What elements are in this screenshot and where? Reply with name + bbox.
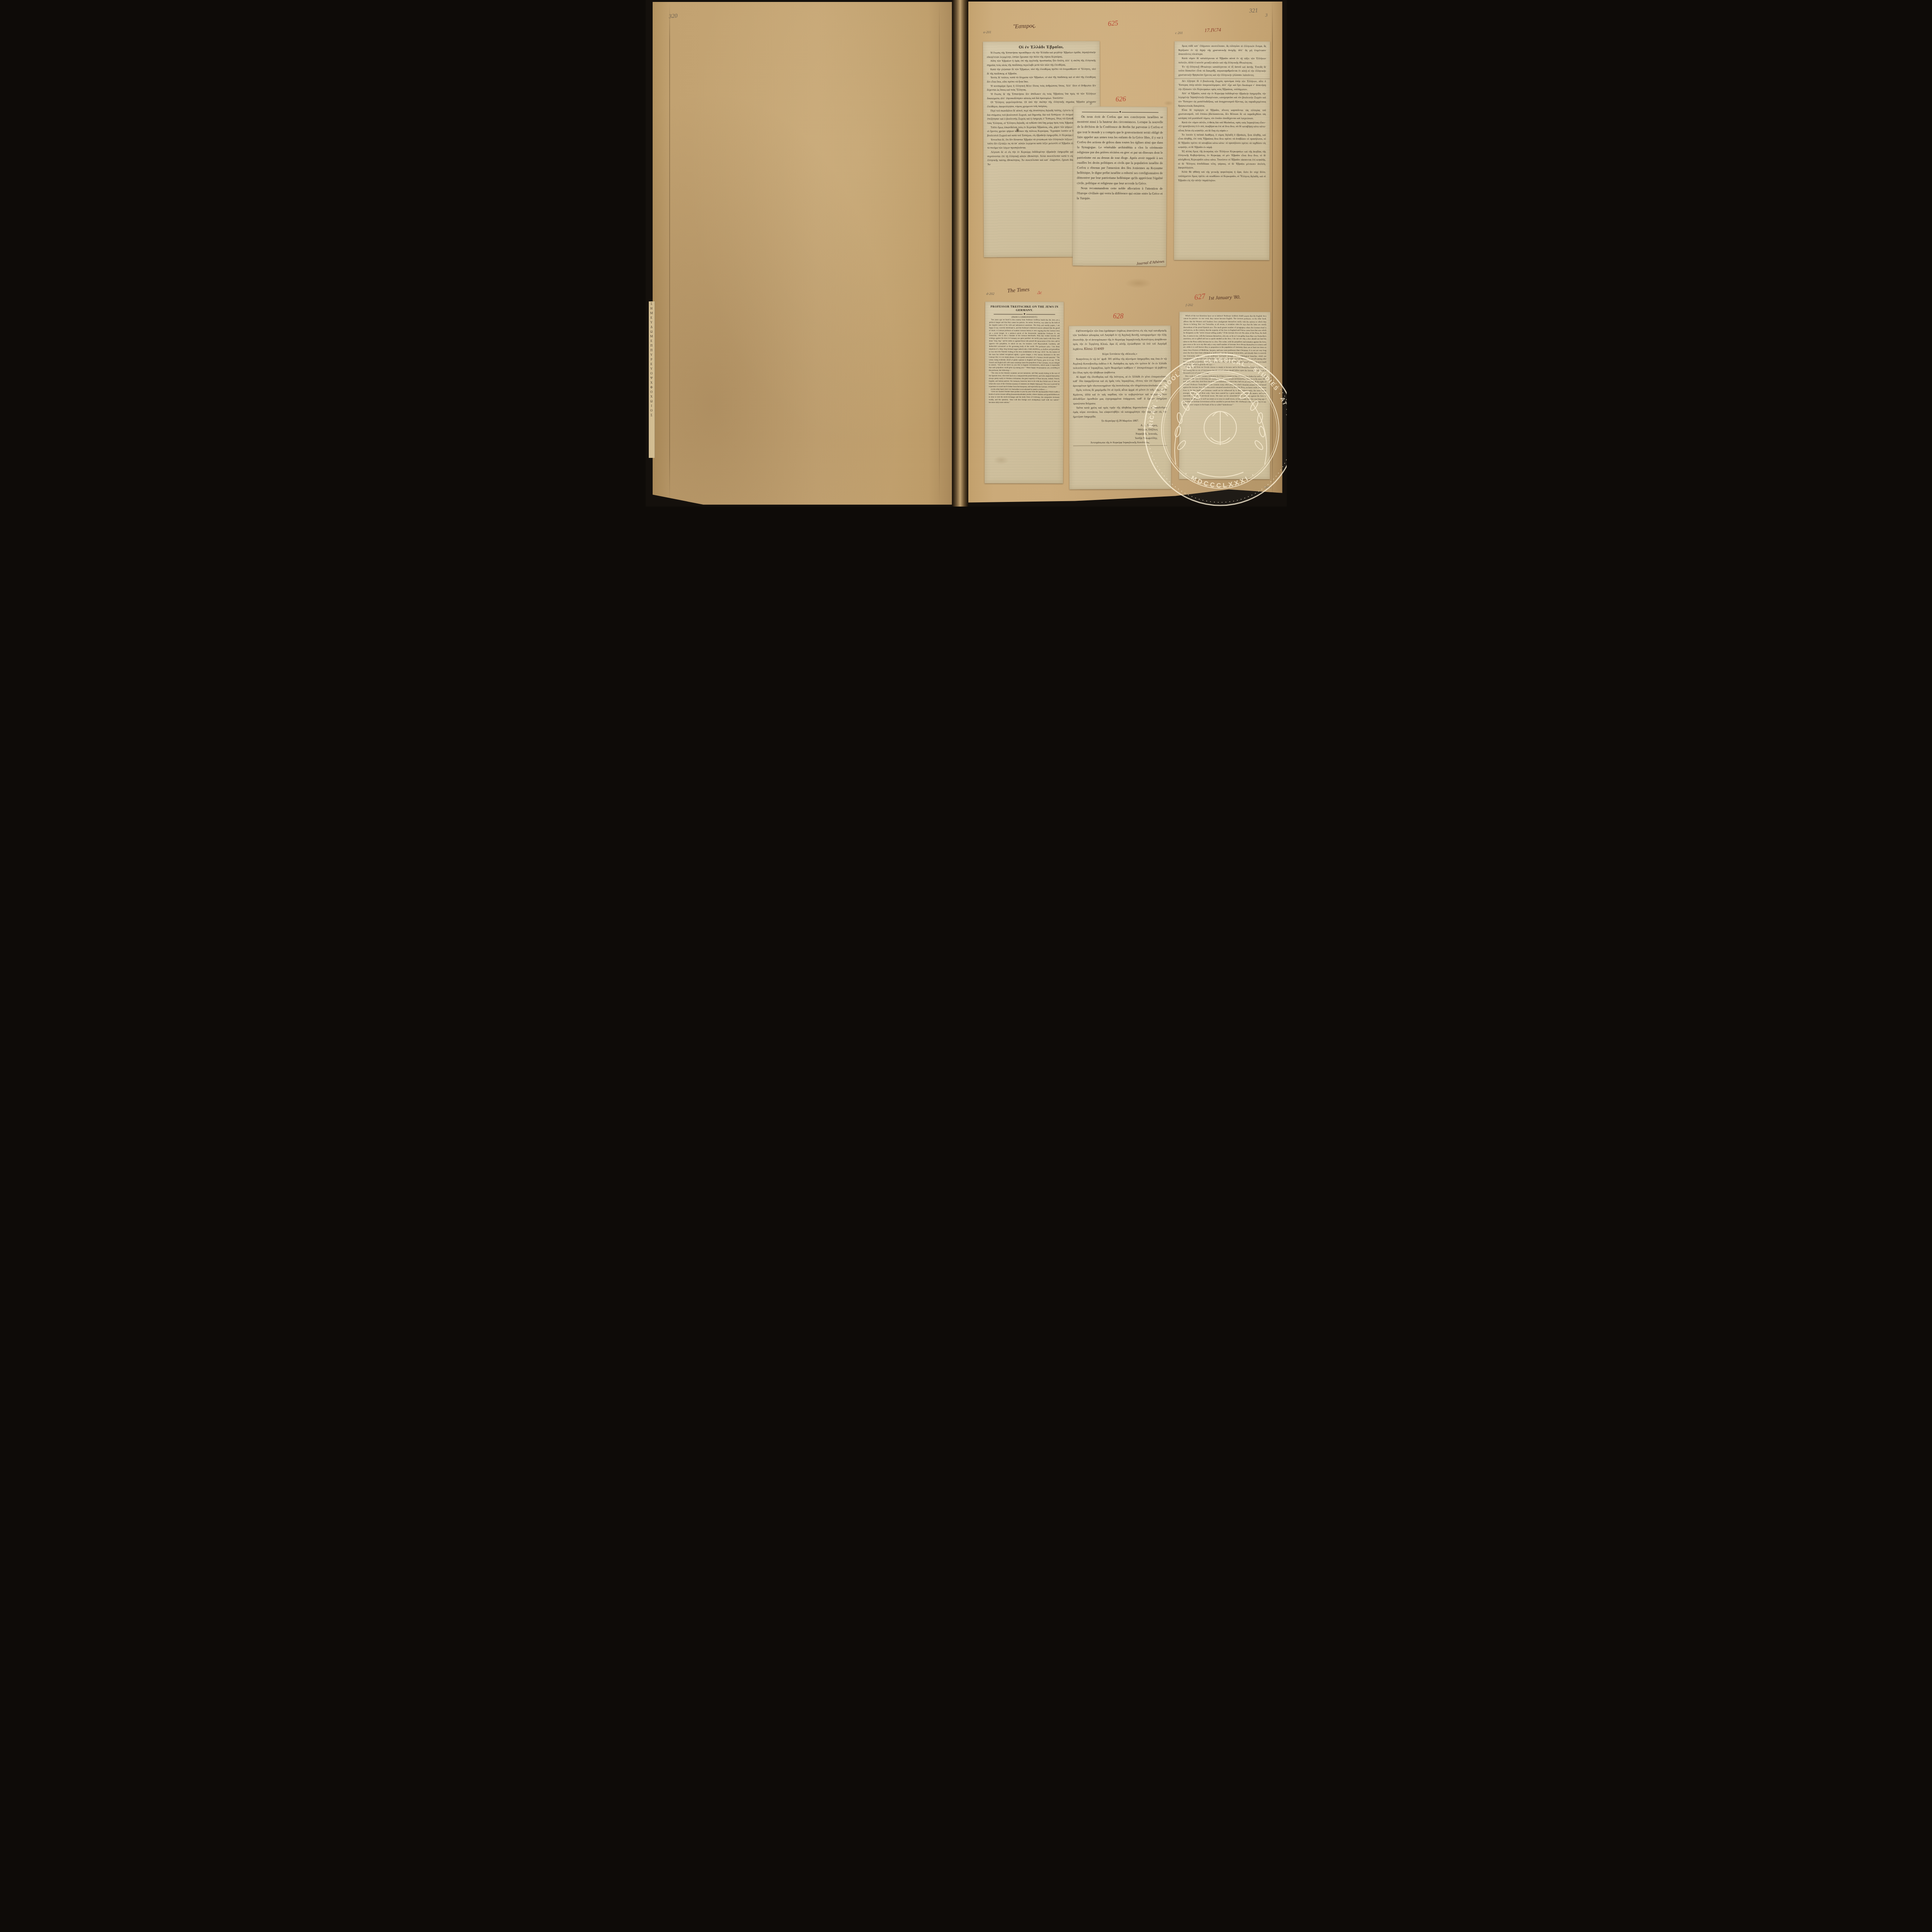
clipping-e-label: e: [1078, 328, 1080, 333]
corner-number: 3: [1265, 12, 1268, 18]
clipping-seam: [1174, 78, 1270, 79]
section-divider: ◆: [1082, 111, 1158, 113]
page-crease: [669, 2, 670, 505]
clipping-greek-right-top: ὅμως οὐδὲ κατ᾽ ἐλάχιστον συνετέλεσαν, ἂς…: [1178, 44, 1266, 78]
clipping-b-red-number: 626: [1115, 95, 1126, 104]
clipping-edge-fragment: ΣΗΜΕΥΔΩΜΕΠΠΥΡΕΥΟΨΧΦΟΧΩΙΟΣ: [649, 301, 655, 458]
clipping-c-label: c 201: [1175, 31, 1183, 35]
clipping-times: PROFESSOR TREITSCHKE ON THE JEWS IN GERM…: [985, 302, 1064, 484]
clipping-greek-right-bottom: Δὲν ἐζήτησε δὲ ὁ βουλευτὴς Ζωχιὸς προνόμ…: [1178, 79, 1266, 183]
clipping-a-red-number: 625: [1107, 19, 1118, 28]
clipping-times-byline: (FROM A CORRESPONDENT.): [989, 316, 1060, 319]
edge-fragment-letters: ΣΗΜΕΥΔΩΜΕΠΠΥΡΕΥΟΨΧΦΟΧΩΙΟΣ: [650, 302, 653, 418]
page-crease: [939, 2, 940, 505]
scrapbook-scan: 320 ΣΗΜΕΥΔΩΜΕΠΠΥΡΕΥΟΨΧΦΟΧΩΙΟΣ 321 3 S081…: [646, 0, 1287, 507]
clipping-times-body: Two years ago we heard in this country f…: [988, 319, 1060, 405]
page-crease: [1272, 2, 1273, 505]
clipping-english-1880-body: Which of the two historians have we to b…: [1183, 315, 1266, 407]
clipping-a-label: a-201: [983, 30, 992, 34]
clipping-klio-footer: Ἀντιπρόσωποι τῆς ἐν Κερκύρᾳ Ἰσραηλιτικῆς…: [1073, 440, 1167, 446]
left-page-number: 320: [668, 13, 678, 20]
section-divider: ◆: [993, 313, 1055, 316]
clipping-klio-intro: Εἰς ὑποστήριξιν τῶν ὅσα ἐγράψαμεν ἐσχάτω…: [1073, 329, 1167, 352]
clipping-d-red-mark: Δε: [1037, 290, 1042, 296]
clipping-french-body: On nous écrit de Corfou que nos concitoy…: [1077, 114, 1163, 201]
clipping-greek-right: ὅμως οὐδὲ κατ᾽ ἐλάχιστον συνετέλεσαν, ἂς…: [1174, 41, 1270, 260]
diamond-icon: ◆: [1118, 111, 1122, 113]
clipping-klio-dateline: Ἐν Κερκύρᾳ τῇ 29 Μαρτίου 1867.: [1073, 419, 1167, 423]
binding-gutter: [952, 0, 968, 507]
right-page-number: 321: [1249, 7, 1258, 14]
clipping-klio-body: Ἀναγνόντες ἐν τῷ ὑπ᾽ ἀριθ. 301 φύλλῳ τῆς…: [1073, 357, 1167, 419]
clipping-d-label: d-202: [986, 292, 995, 296]
clipping-esperos-title: Οἱ ἐν Ἑλλάδι Ἑβραῖοι.: [986, 44, 1095, 49]
clipping-klio-signatures: Α. Λ. Δὲ Σέμος,Μάξιμος ΟὐζίλιοςῬαφαὴλ Δ.…: [1073, 423, 1167, 440]
clipping-a-source-handwritten: Ἕσπερος.: [1013, 22, 1036, 30]
clipping-f-red-number: 627: [1194, 292, 1206, 302]
clipping-b-credit-handwritten: Journal d'Athènes: [1136, 259, 1164, 266]
clipping-f-label: f-202: [1186, 303, 1193, 307]
clipping-english-1880: Which of the two historians have we to b…: [1179, 312, 1270, 480]
clipping-french: ◆ On nous écrit de Corfou que nos concit…: [1072, 106, 1167, 266]
diamond-icon: ◆: [1022, 313, 1026, 315]
clipping-times-title: PROFESSOR TREITSCHKE ON THE JEWS IN GERM…: [989, 305, 1060, 312]
clipping-b-label: b: [1090, 101, 1092, 106]
clipping-c-date-handwritten: 17.IV.74: [1204, 27, 1221, 33]
clipping-e-note-handwritten: Κλειὼ 11/4/69: [1084, 347, 1104, 350]
clipping-klio-letter: Εἰς ὑποστήριξιν τῶν ὅσα ἐγράψαμεν ἐσχάτω…: [1069, 326, 1171, 490]
clipping-e-red-number: 628: [1113, 312, 1124, 320]
clipping-klio-salutation: Κύριε Συντάκτα τῆς «Κλειοῦς.»: [1073, 352, 1167, 357]
clipping-f-date-handwritten: 1st January '80.: [1208, 294, 1240, 301]
shelf-mark: S081: [1264, 485, 1272, 489]
left-page: [653, 2, 952, 505]
